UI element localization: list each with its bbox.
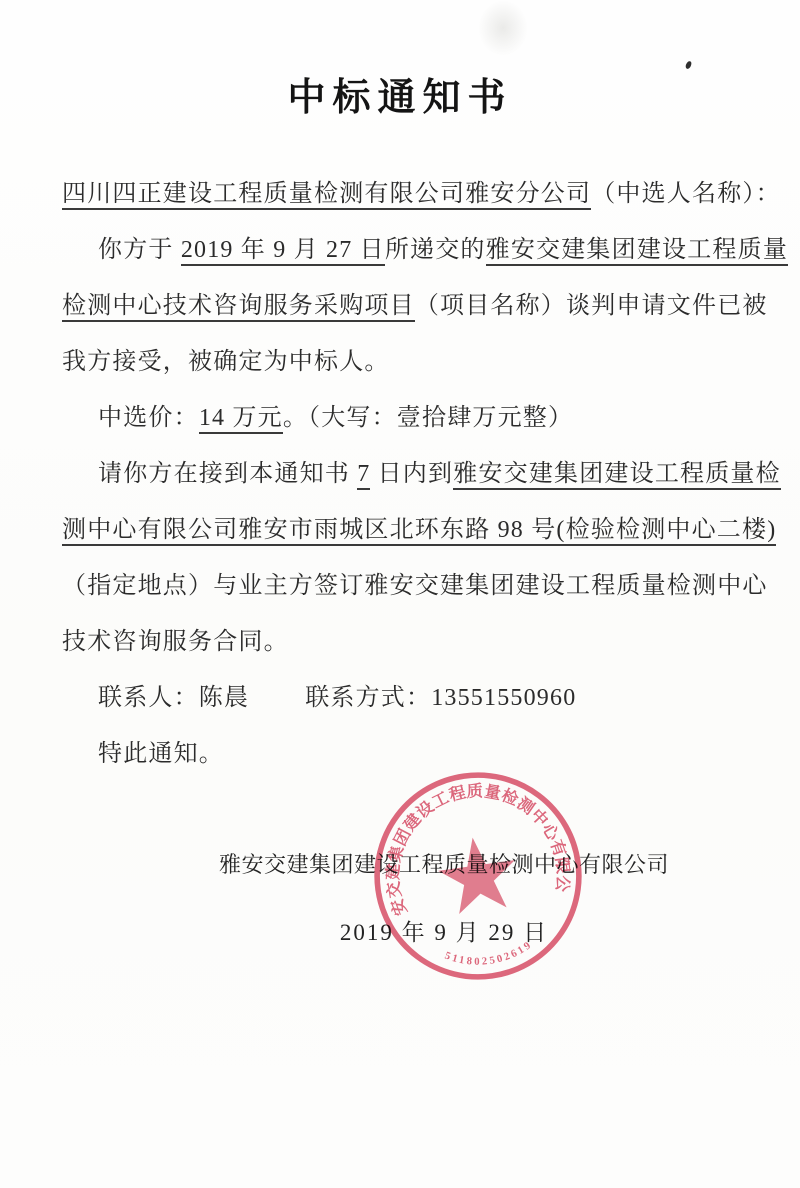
text-segment: 检测中心技术咨询服务采购项目 <box>62 293 415 322</box>
text-segment: 四川四正建设工程质量检测有限公司雅安分公司 <box>62 181 591 210</box>
text-segment: 日内到 <box>370 461 453 487</box>
scanned-document-page: 中标通知书 四川四正建设工程质量检测有限公司雅安分公司（中选人名称）：你方于 2… <box>0 0 800 1188</box>
text-segment: （指定地点）与业主方签订雅安交建集团建设工程质量检测中心 <box>62 573 768 599</box>
document-line: 我方接受，被确定为中标人。 <box>62 334 738 390</box>
document-line: （指定地点）与业主方签订雅安交建集团建设工程质量检测中心 <box>62 558 738 614</box>
text-segment: 联系人：陈晨 <box>98 685 249 711</box>
document-line: 特此通知。 <box>62 726 738 782</box>
text-segment: 测中心有限公司雅安市雨城区北环东路 98 号(检验检测中心二楼) <box>62 517 776 546</box>
text-segment: （中选人名称）： <box>591 181 781 207</box>
document-line: 四川四正建设工程质量检测有限公司雅安分公司（中选人名称）： <box>62 166 738 222</box>
document-line: 你方于 2019 年 9 月 27 日所递交的雅安交建集团建设工程质量 <box>62 222 738 278</box>
text-segment: 技术咨询服务合同。 <box>62 629 289 655</box>
text-segment: 雅安交建集团建设工程质量检 <box>453 461 781 490</box>
official-seal-stamp: 雅安交建集团建设工程质量检测中心有限公司 511802502619 <box>356 754 600 998</box>
document-body: 四川四正建设工程质量检测有限公司雅安分公司（中选人名称）：你方于 2019 年 … <box>0 166 800 782</box>
text-segment: （项目名称）谈判申请文件已被 <box>415 293 768 319</box>
document-line: 测中心有限公司雅安市雨城区北环东路 98 号(检验检测中心二楼) <box>62 502 738 558</box>
document-line: 技术咨询服务合同。 <box>62 614 738 670</box>
text-segment: 联系方式：13551550960 <box>305 685 576 711</box>
text-segment: 14 万元 <box>199 405 283 434</box>
text-segment: 雅安交建集团建设工程质量 <box>486 237 788 266</box>
text-segment: 你方于 <box>98 237 181 263</box>
text-segment: 我方接受，被确定为中标人。 <box>62 349 390 375</box>
text-segment: 中选价： <box>98 405 199 431</box>
text-segment: 所递交的 <box>385 237 486 263</box>
text-segment: 7 <box>357 461 370 490</box>
scan-smudge <box>478 0 528 56</box>
page-title: 中标通知书 <box>0 0 800 121</box>
document-line: 中选价：14 万元。（大写：壹拾肆万元整） <box>62 390 738 446</box>
text-segment: 2019 年 9 月 27 日 <box>181 237 385 266</box>
text-segment: 。（大写：壹拾肆万元整） <box>283 405 573 431</box>
star-icon <box>434 832 521 916</box>
document-line: 联系人：陈晨联系方式：13551550960 <box>62 670 738 726</box>
text-segment: 特此通知。 <box>98 741 224 767</box>
text-segment: 请你方在接到本通知书 <box>98 461 357 487</box>
document-line: 请你方在接到本通知书 7 日内到雅安交建集团建设工程质量检 <box>62 446 738 502</box>
document-line: 检测中心技术咨询服务采购项目（项目名称）谈判申请文件已被 <box>62 278 738 334</box>
